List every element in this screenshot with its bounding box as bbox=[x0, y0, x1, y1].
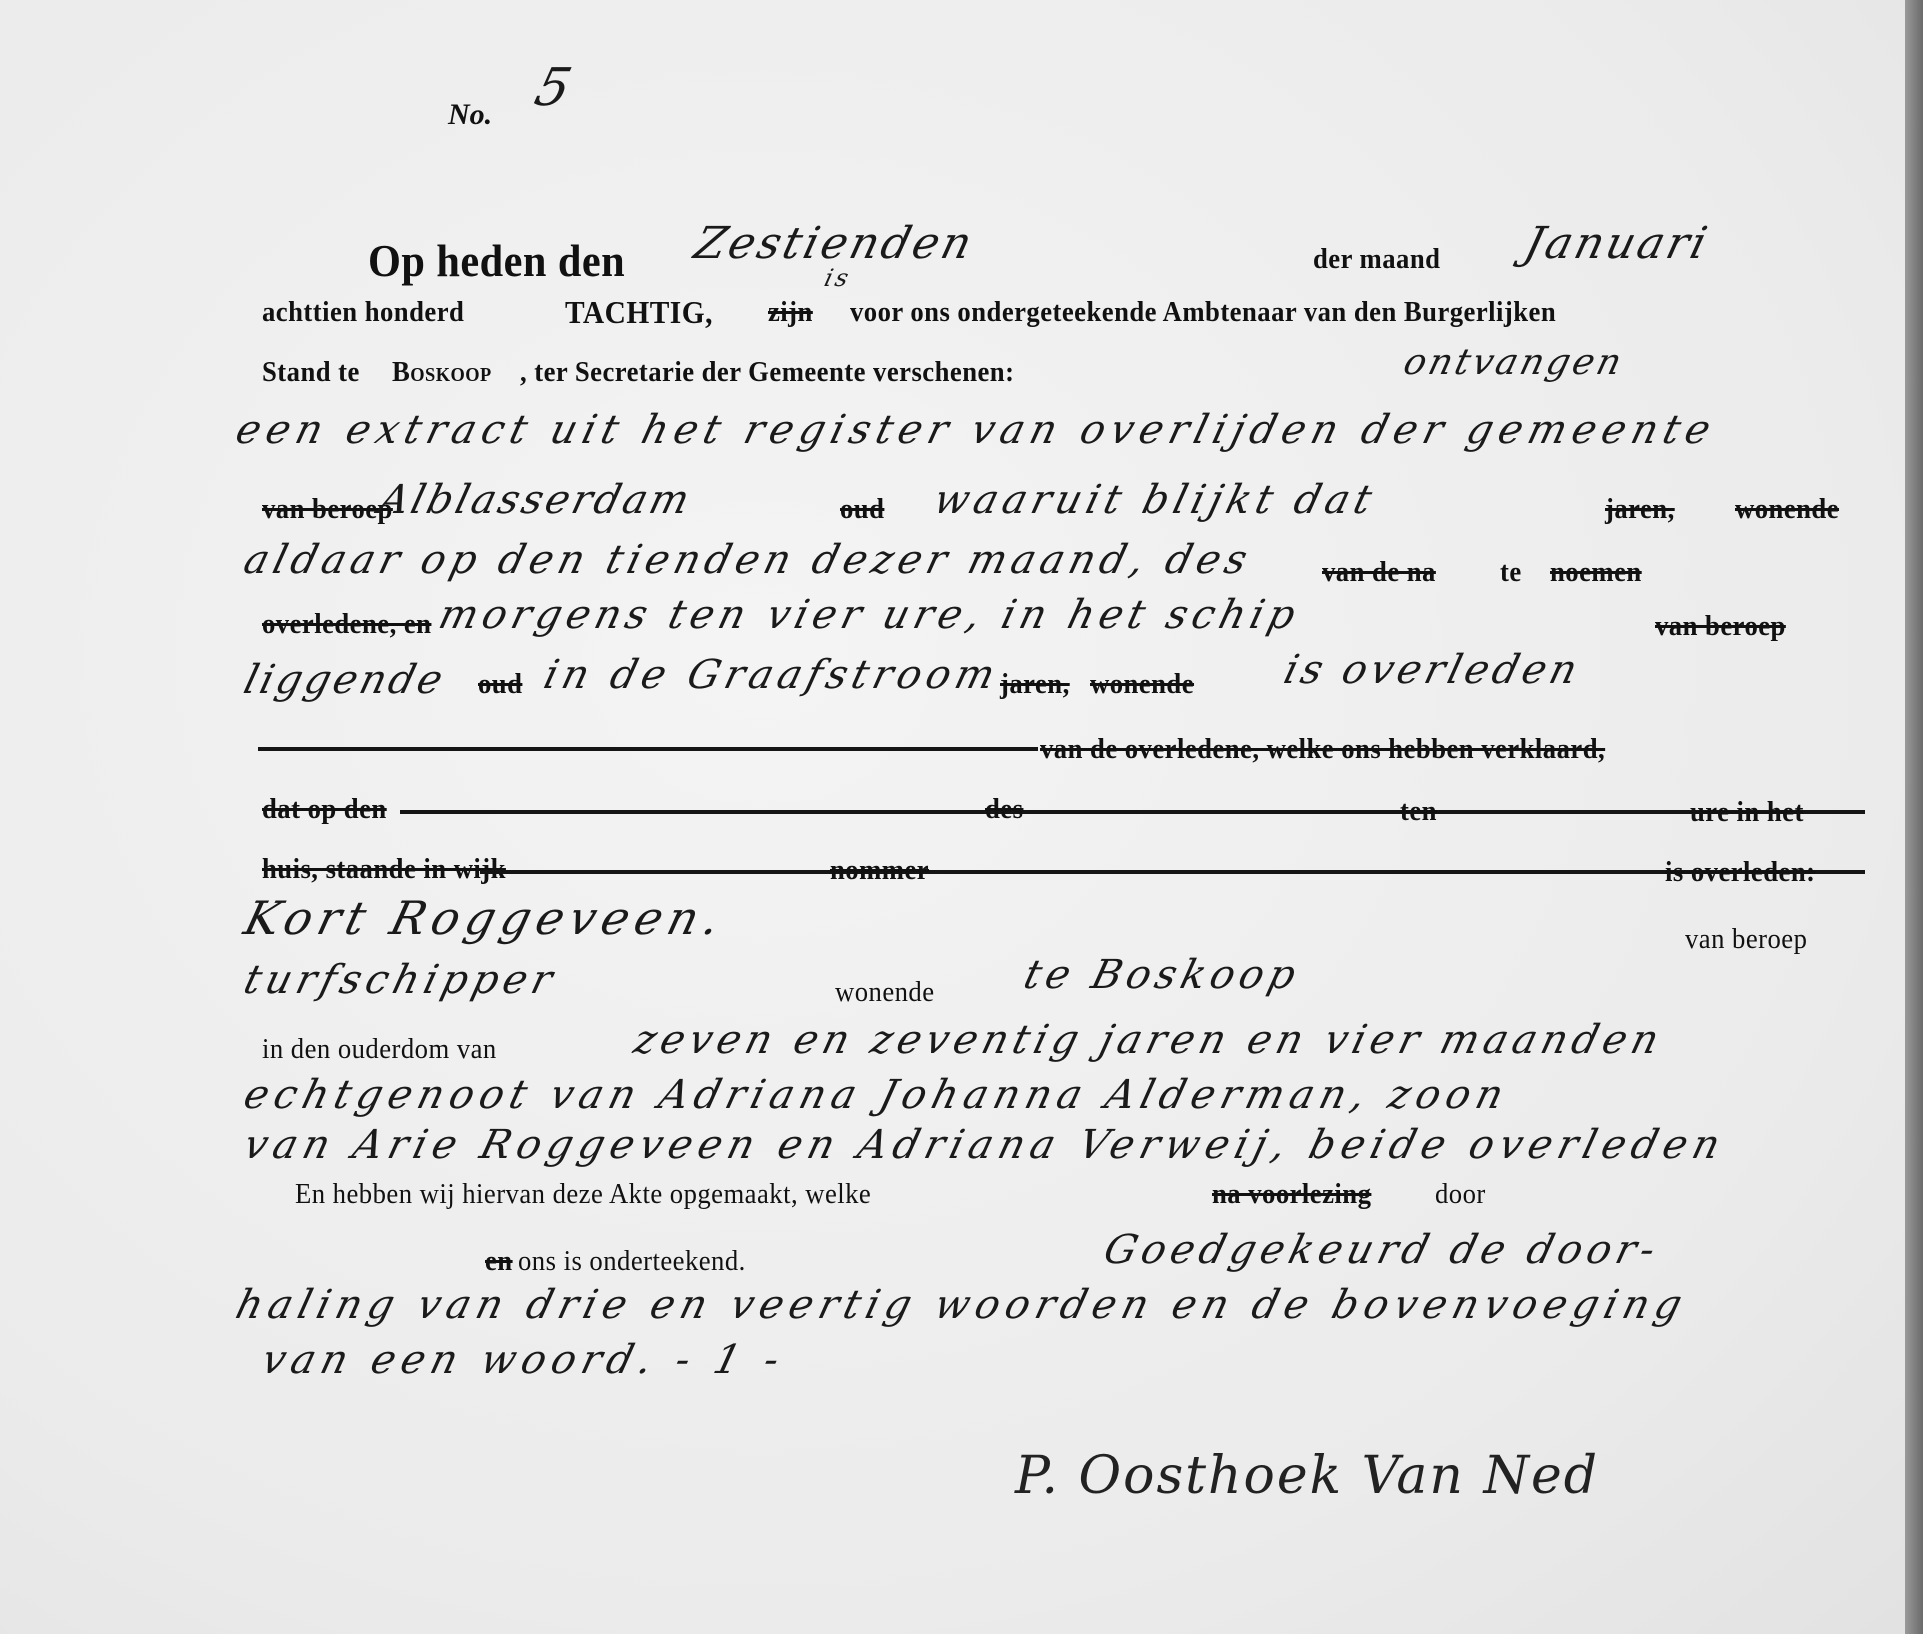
hand-line-4: een extract uit het register van overlij… bbox=[232, 410, 1720, 450]
struck-noemen: noemen bbox=[1550, 558, 1642, 587]
struck-wonende-2: wonende bbox=[1090, 670, 1194, 699]
strike-rule-10 bbox=[400, 810, 1865, 814]
printed-te: te bbox=[1500, 558, 1522, 587]
hand-insert-is: is bbox=[822, 266, 854, 290]
hand-approval: Goedgekeurd de door- bbox=[1100, 1230, 1664, 1270]
hand-occupation: turfschipper bbox=[240, 960, 561, 1000]
hand-graafstroom: in de Graafstroom bbox=[540, 655, 1004, 695]
strike-rule-11 bbox=[480, 870, 1865, 874]
struck-huis-staande: huis, staande in wijk bbox=[262, 855, 506, 884]
struck-van-beroep: van beroep bbox=[262, 495, 393, 524]
hand-liggende: liggende bbox=[240, 660, 449, 700]
struck-jaren-2: jaren, bbox=[1000, 670, 1070, 699]
printed-tachtig: TACHTIG, bbox=[565, 296, 713, 328]
struck-des: des bbox=[985, 795, 1023, 824]
struck-van-de-na: van de na bbox=[1322, 558, 1436, 587]
strike-rule-9 bbox=[258, 747, 1038, 751]
official-signature: P. Oosthoek Van Ned bbox=[1015, 1450, 1599, 1502]
printed-boskoop: Boskoop bbox=[392, 358, 492, 387]
struck-ure-in-het: ure in het bbox=[1690, 798, 1804, 827]
printed-der-maand: der maand bbox=[1313, 245, 1440, 274]
hand-additions-note: van een woord. - 1 - bbox=[258, 1340, 789, 1380]
printed-line-2a: achttien honderd bbox=[262, 298, 464, 327]
hand-residence: te Boskoop bbox=[1020, 955, 1304, 995]
struck-oud: oud bbox=[840, 495, 884, 524]
struck-nommer: nommer bbox=[830, 856, 929, 885]
hand-age: zeven en zeventig jaren en vier maanden bbox=[630, 1020, 1668, 1060]
hand-deletions-note: haling van drie en veertig woorden en de… bbox=[232, 1285, 1692, 1325]
struck-na-voorlezing: na voorlezing bbox=[1212, 1180, 1371, 1209]
struck-van-beroep-2: van beroep bbox=[1655, 612, 1786, 641]
struck-is-overleden: is overleden: bbox=[1665, 858, 1815, 887]
hand-spouse: echtgenoot van Adriana Johanna Alderman,… bbox=[240, 1075, 1513, 1115]
struck-dat-op-den: dat op den bbox=[262, 795, 387, 824]
hand-day: Zestienden bbox=[690, 222, 979, 266]
hand-deceased-name: Kort Roggeveen. bbox=[240, 895, 731, 941]
struck-en: en bbox=[485, 1247, 513, 1276]
hand-parents: van Arie Roggeveen en Adriana Verweij, b… bbox=[240, 1125, 1730, 1165]
hand-line-6: aldaar op den tienden dezer maand, des bbox=[240, 540, 1256, 580]
hand-alblasserdam: Alblasserdam bbox=[375, 480, 696, 520]
printed-wonende: wonende bbox=[835, 978, 935, 1007]
printed-ouderdom: in den ouderdom van bbox=[262, 1035, 497, 1064]
printed-onderteekend: ons is onderteekend. bbox=[518, 1247, 746, 1276]
struck-jaren: jaren, bbox=[1605, 495, 1675, 524]
struck-ten: ten bbox=[1400, 797, 1437, 826]
document-page: No. 5 Op heden den Zestienden der maand … bbox=[0, 0, 1905, 1634]
struck-oud-2: oud bbox=[478, 670, 522, 699]
struck-zijn: zijn bbox=[768, 298, 813, 327]
printed-stand-te: Stand te bbox=[262, 358, 360, 387]
hand-ontvangen: ontvangen bbox=[1400, 345, 1628, 381]
hand-line-7: morgens ten vier ure, in het schip bbox=[435, 595, 1304, 635]
struck-wonende: wonende bbox=[1735, 495, 1839, 524]
printed-en-hebben: En hebben wij hiervan deze Akte opgemaak… bbox=[295, 1180, 871, 1209]
hand-is-overleden: is overleden bbox=[1280, 650, 1585, 690]
printed-door: door bbox=[1435, 1180, 1486, 1209]
record-number-value: 5 bbox=[530, 62, 579, 114]
printed-van-beroep: van beroep bbox=[1685, 925, 1807, 954]
struck-overledene-en: overledene, en bbox=[262, 610, 431, 639]
printed-line-2b: voor ons ondergeteekende Ambtenaar van d… bbox=[850, 298, 1556, 327]
printed-secretarie: , ter Secretarie der Gemeente verschenen… bbox=[520, 358, 1014, 387]
hand-month: Januari bbox=[1520, 222, 1714, 266]
printed-op-heden: Op heden den bbox=[368, 238, 625, 284]
record-number-label: No. bbox=[448, 100, 492, 130]
struck-line-9: van de overledene, welke ons hebben verk… bbox=[1040, 735, 1605, 764]
page-edge-shadow bbox=[1905, 0, 1923, 1634]
hand-waaruit-blijkt: waaruit blijkt dat bbox=[930, 480, 1381, 520]
